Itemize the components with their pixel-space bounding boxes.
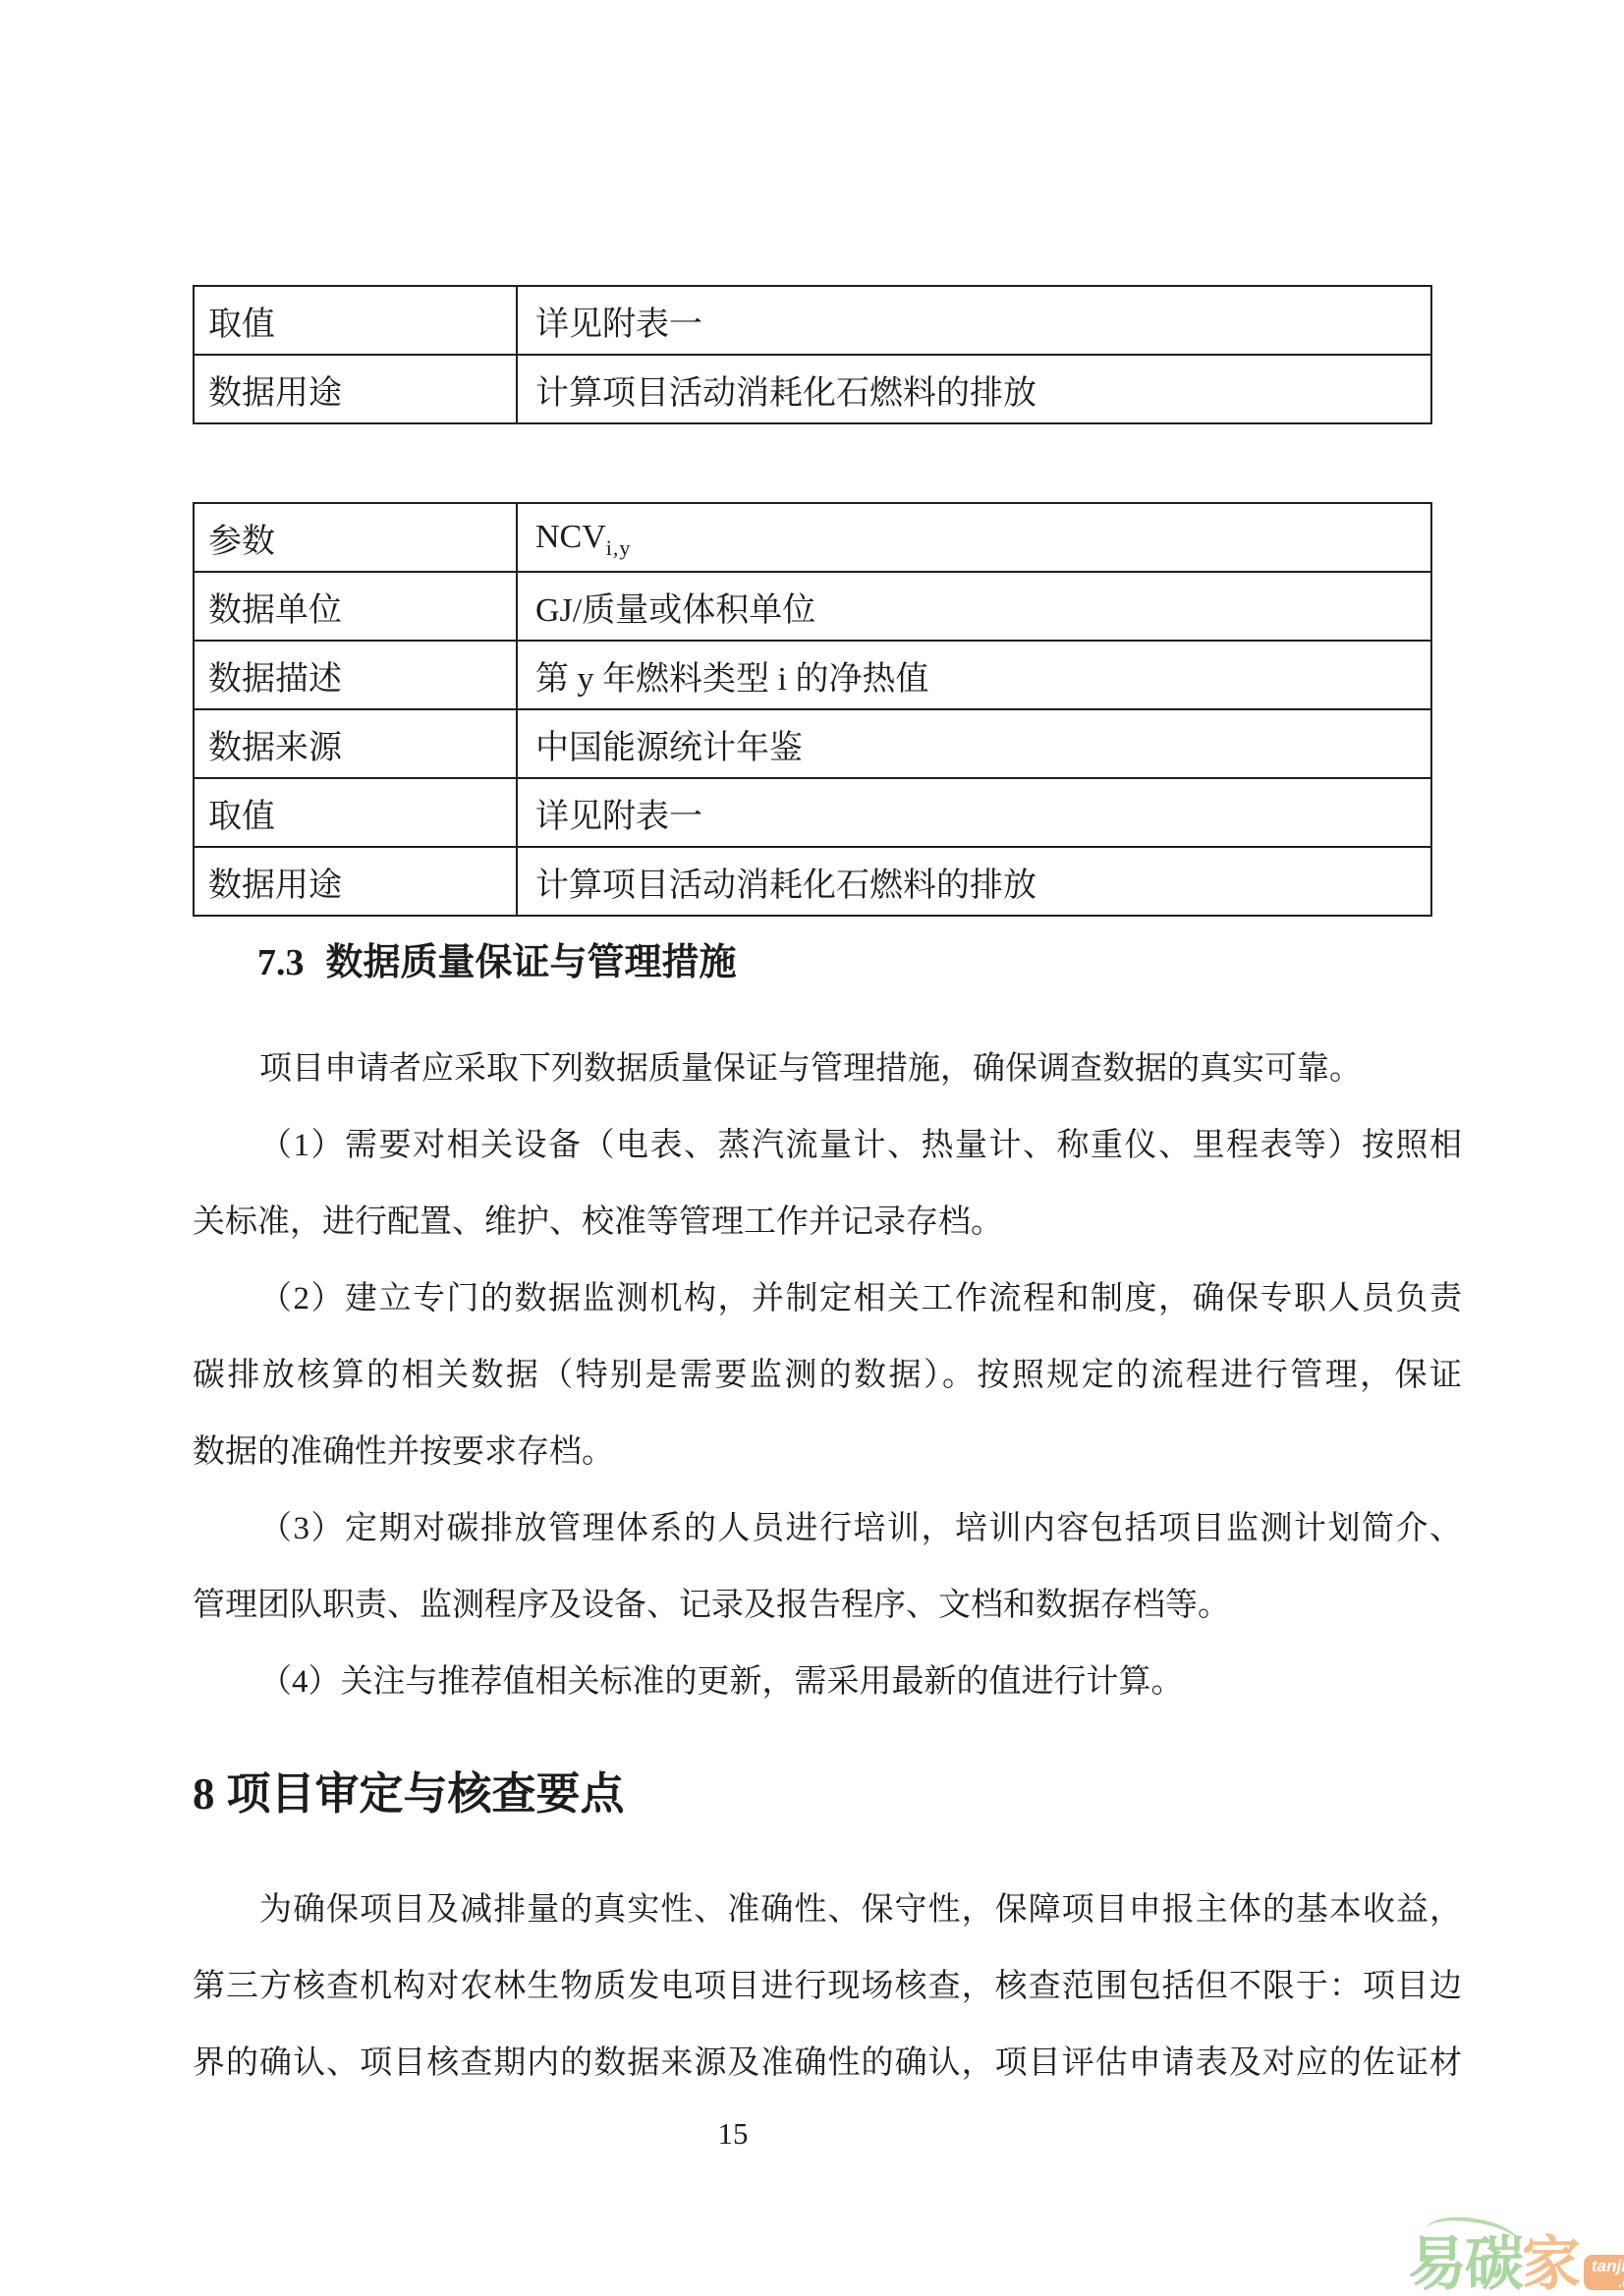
heading-number: 7.3	[257, 942, 305, 983]
text-line: 关标准，进行配置、维护、校准等管理工作并记录存档。	[193, 1184, 1462, 1260]
row-label: 参数	[194, 503, 517, 572]
row-value: 计算项目活动消耗化石燃料的排放	[517, 355, 1431, 423]
section-heading-7-3: 7.3数据质量保证与管理措施	[257, 933, 737, 992]
row-value: 详见附表一	[517, 778, 1431, 847]
watermark-domain-badge: tanjiaoyi .com	[1584, 2255, 1624, 2290]
text-line: （3）定期对碳排放管理体系的人员进行培训，培训内容包括项目监测计划简介、	[193, 1490, 1462, 1567]
row-label: 取值	[194, 286, 517, 355]
table-row: 取值 详见附表一	[194, 286, 1431, 355]
row-value: 计算项目活动消耗化石燃料的排放	[517, 847, 1431, 916]
parameter-subscript: i,y	[606, 535, 632, 560]
row-value: 详见附表一	[517, 286, 1431, 355]
watermark-char-jia: 家	[1522, 2233, 1579, 2296]
document-page: 取值 详见附表一 数据用途 计算项目活动消耗化石燃料的排放 参数 NCVi,y …	[0, 0, 1624, 2296]
text-line: （1）需要对相关设备（电表、蒸汽流量计、热量计、称重仪、里程表等）按照相	[193, 1107, 1462, 1184]
section-8-body: 为确保项目及减排量的真实性、准确性、保守性，保障项目申报主体的基本收益， 第三方…	[193, 1872, 1462, 2101]
row-value: NCVi,y	[517, 503, 1431, 572]
table-row: 数据描述 第 y 年燃料类型 i 的净热值	[194, 641, 1431, 709]
heading-text: 数据质量保证与管理措施	[326, 942, 737, 983]
row-value: 中国能源统计年鉴	[517, 709, 1431, 778]
text-line: 数据的准确性并按要求存档。	[193, 1414, 1462, 1490]
watermark-domain-tld: .com	[1584, 2275, 1624, 2289]
row-label: 数据单位	[194, 572, 517, 641]
heading-number: 8	[193, 1769, 215, 1819]
parameter-table-top: 取值 详见附表一 数据用途 计算项目活动消耗化石燃料的排放	[193, 285, 1432, 424]
row-label: 数据描述	[194, 641, 517, 709]
text-line: 碳排放核算的相关数据（特别是需要监测的数据）。按照规定的流程进行管理，保证	[193, 1337, 1462, 1414]
text-line: （2）建立专门的数据监测机构，并制定相关工作流程和制度，确保专职人员负责	[193, 1260, 1462, 1337]
table-row: 数据单位 GJ/质量或体积单位	[194, 572, 1431, 641]
text-line: 第三方核查机构对农林生物质发电项目进行现场核查，核查范围包括但不限于：项目边	[193, 1948, 1462, 2025]
parameter-symbol: NCV	[535, 519, 606, 555]
text-line: 管理团队职责、监测程序及设备、记录及报告程序、文档和数据存档等。	[193, 1567, 1462, 1644]
text-line: 项目申请者应采取下列数据质量保证与管理措施，确保调查数据的真实可靠。	[193, 1031, 1462, 1107]
page-number: 15	[684, 2114, 782, 2154]
table-row: 参数 NCVi,y	[194, 503, 1431, 572]
row-value: GJ/质量或体积单位	[517, 572, 1431, 641]
text-line: 为确保项目及减排量的真实性、准确性、保守性，保障项目申报主体的基本收益，	[193, 1872, 1462, 1948]
table-row: 取值 详见附表一	[194, 778, 1431, 847]
row-label: 取值	[194, 778, 517, 847]
row-label: 数据用途	[194, 847, 517, 916]
table-row: 数据用途 计算项目活动消耗化石燃料的排放	[194, 847, 1431, 916]
section-heading-8: 8项目审定与核查要点	[193, 1763, 625, 1825]
row-label: 数据来源	[194, 709, 517, 778]
watermark-domain-name: tanjiaoyi	[1584, 2255, 1624, 2275]
section-7-3-body: 项目申请者应采取下列数据质量保证与管理措施，确保调查数据的真实可靠。 （1）需要…	[193, 1031, 1462, 1720]
table-row: 数据来源 中国能源统计年鉴	[194, 709, 1431, 778]
parameter-table-ncv: 参数 NCVi,y 数据单位 GJ/质量或体积单位 数据描述 第 y 年燃料类型…	[193, 502, 1432, 917]
text-line: （4）关注与推荐值相关标准的更新，需采用最新的值进行计算。	[193, 1644, 1462, 1720]
row-label: 数据用途	[194, 355, 517, 423]
text-line: 界的确认、项目核查期内的数据来源及准确性的确认，项目评估申请表及对应的佐证材	[193, 2025, 1462, 2101]
table-row: 数据用途 计算项目活动消耗化石燃料的排放	[194, 355, 1431, 423]
row-value: 第 y 年燃料类型 i 的净热值	[517, 641, 1431, 709]
heading-text: 项目审定与核查要点	[227, 1769, 625, 1819]
watermark-logo: 易 碳 家 tanjiaoyi .com	[1408, 2216, 1624, 2296]
